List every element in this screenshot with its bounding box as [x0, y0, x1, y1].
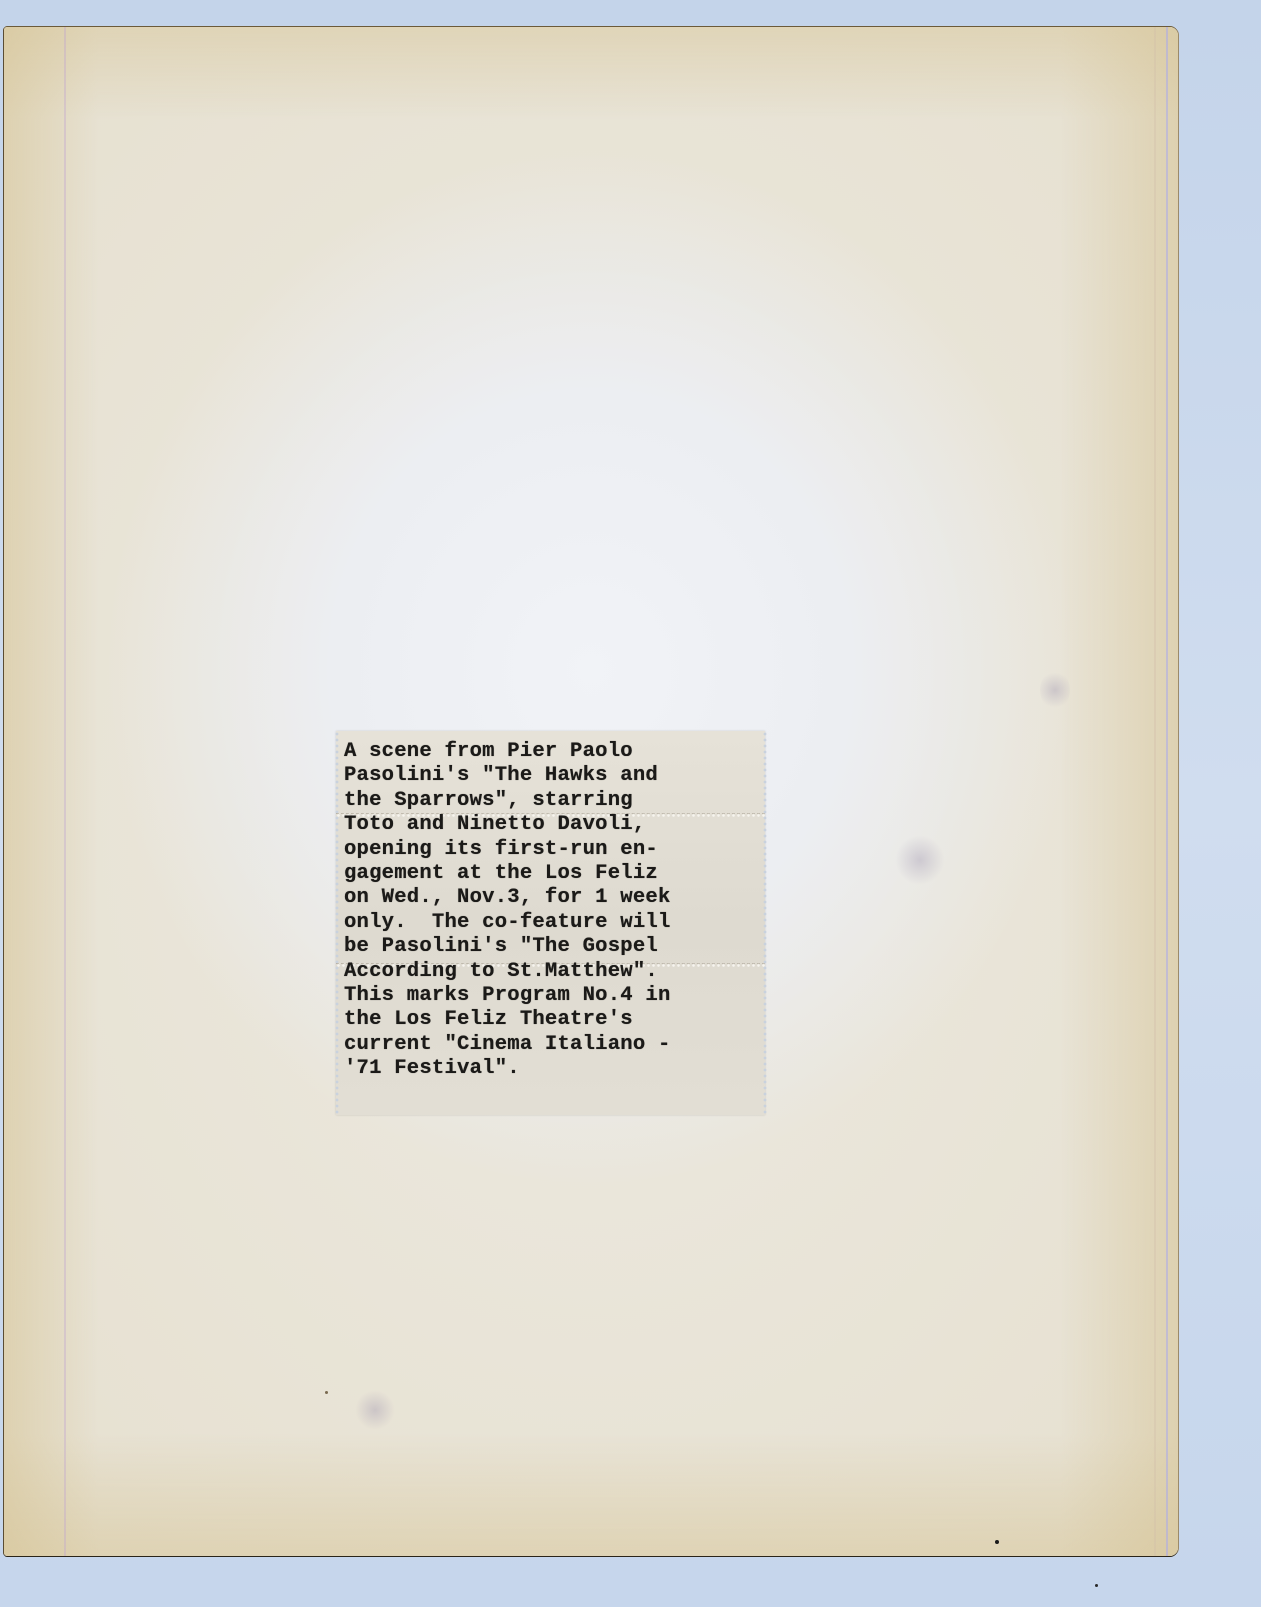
- caption-text: A scene from Pier Paolo Pasolini's "The …: [344, 740, 761, 1082]
- paper-speck: [325, 1391, 328, 1394]
- paper-speck: [995, 1540, 999, 1544]
- scan-streak: [64, 27, 66, 1556]
- dust-speck: [1095, 1584, 1098, 1587]
- caption-label: A scene from Pier Paolo Pasolini's "The …: [336, 731, 765, 1115]
- paper-smudge: [355, 1390, 395, 1430]
- paper-smudge: [1040, 670, 1070, 710]
- scan-streak: [1154, 27, 1156, 1556]
- paper-smudge: [895, 835, 945, 885]
- scan-streak: [1166, 27, 1168, 1556]
